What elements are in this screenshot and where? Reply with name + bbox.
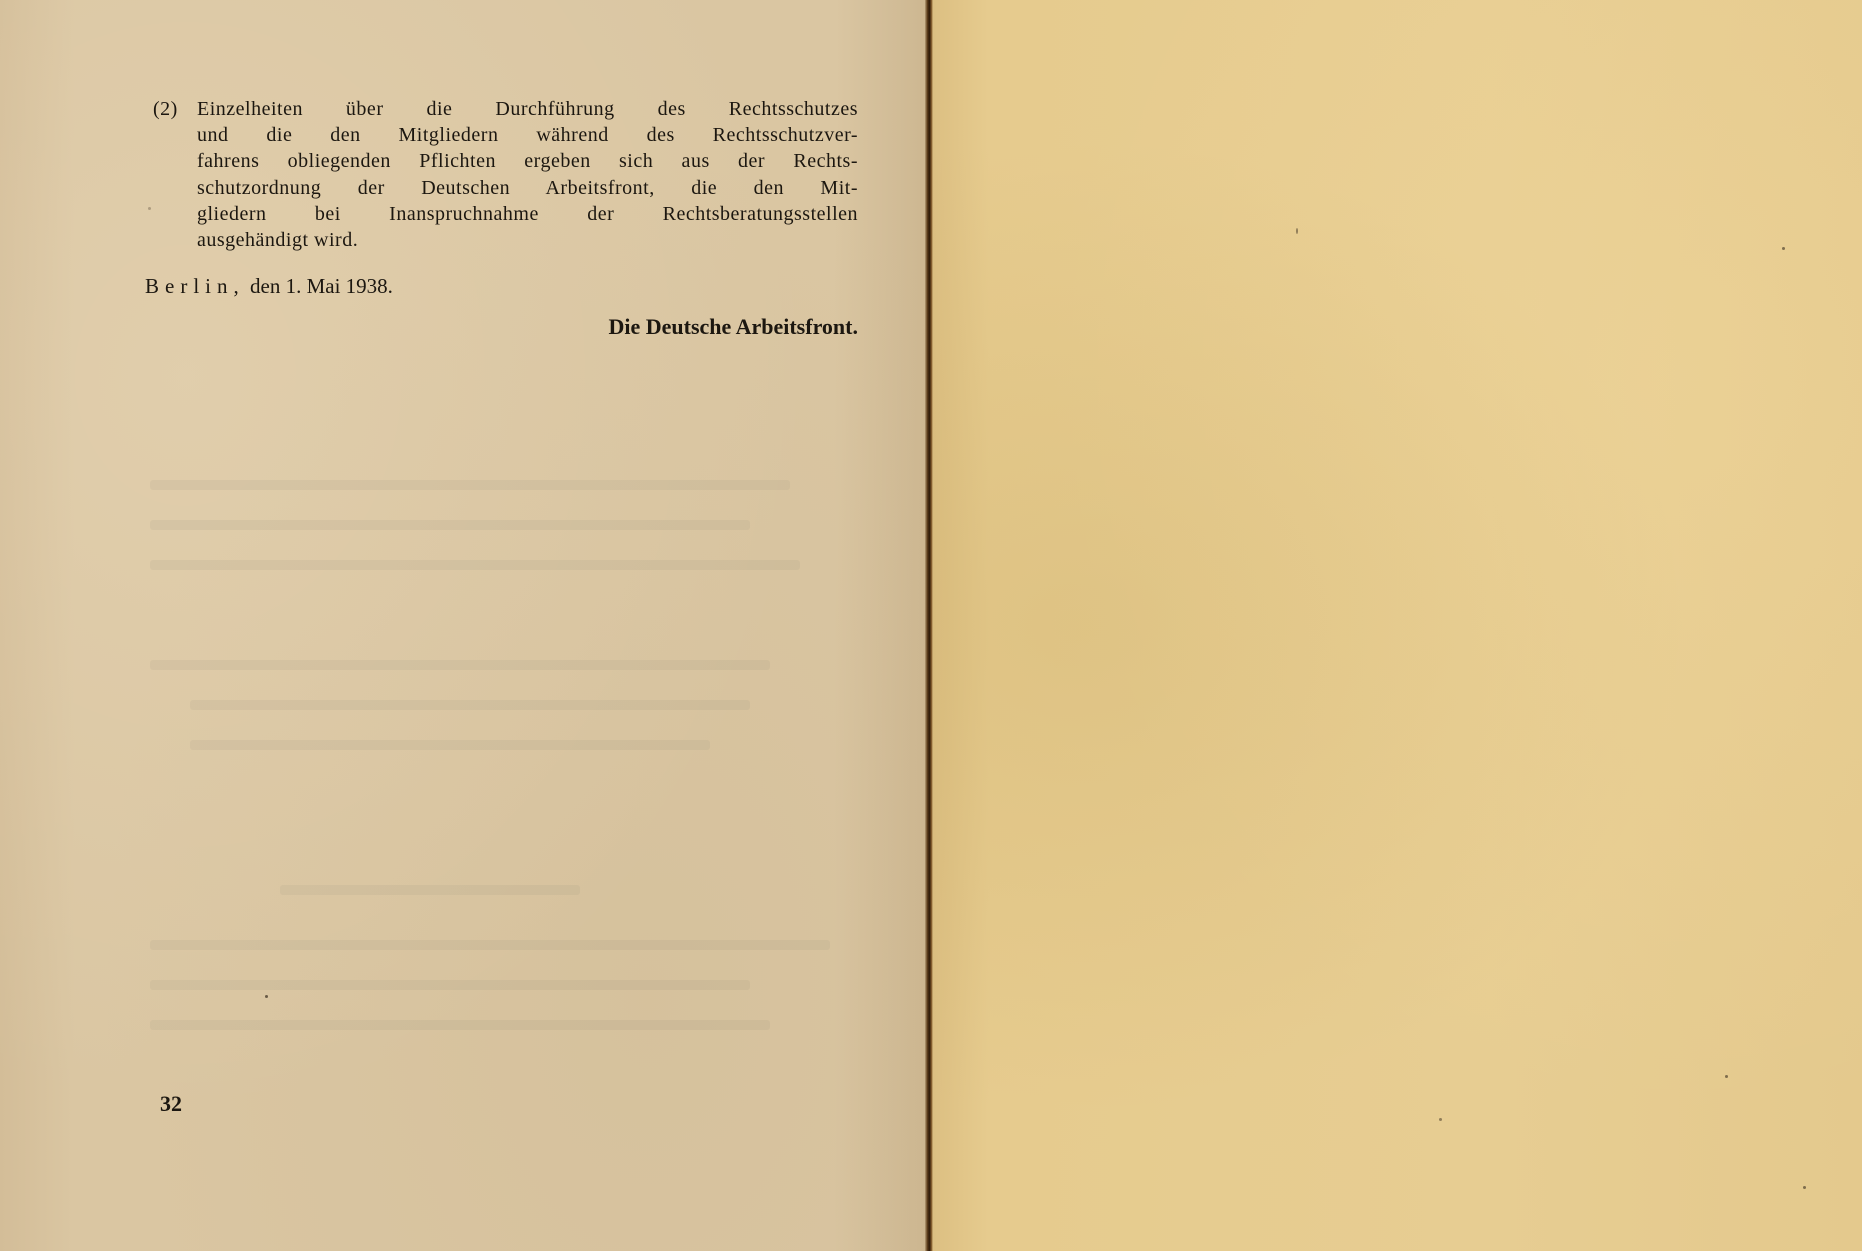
paper-speck [1296, 228, 1298, 234]
signature: Die Deutsche Arbeitsfront. [540, 314, 858, 340]
book-spine [925, 0, 933, 1251]
date-value: den 1. Mai 1938. [250, 274, 393, 298]
paper-speck [1725, 1075, 1728, 1078]
paragraph-line: ausgehändigt wird. [197, 227, 858, 253]
paragraph-body: Einzelheiten über die Durchführung des R… [197, 96, 858, 253]
paragraph-line: Einzelheiten über die Durchführung des R… [197, 96, 858, 122]
paper-speck [1803, 1186, 1806, 1189]
paragraph-line: schutzordnung der Deutschen Arbeitsfront… [197, 175, 858, 201]
show-through-line [150, 980, 750, 990]
show-through-line [150, 1020, 770, 1030]
paper-speck [1782, 247, 1785, 250]
paragraph-line: fahrens obliegenden Pflichten ergeben si… [197, 148, 858, 174]
date-line: Berlin, den 1. Mai 1938. [145, 274, 393, 299]
paragraph-2: (2) Einzelheiten über die Durchführung d… [153, 96, 858, 253]
show-through-line [190, 700, 750, 710]
date-city: Berlin, [145, 274, 245, 298]
paper-speck [1439, 1118, 1442, 1121]
show-through-line [150, 940, 830, 950]
paragraph-line: und die den Mitgliedern während des Rech… [197, 122, 858, 148]
show-through-line [190, 740, 710, 750]
show-through-line [280, 885, 580, 895]
right-page [933, 0, 1862, 1251]
show-through-line [150, 520, 750, 530]
show-through-line [150, 660, 770, 670]
paragraph-number: (2) [153, 96, 178, 122]
page-number: 32 [160, 1091, 182, 1117]
show-through-line [150, 480, 790, 490]
paper-speck [265, 995, 268, 998]
left-page: (2) Einzelheiten über die Durchführung d… [0, 0, 927, 1251]
paragraph-line: gliedern bei Inanspruchnahme der Rechtsb… [197, 201, 858, 227]
show-through-line [150, 560, 800, 570]
book-spread: (2) Einzelheiten über die Durchführung d… [0, 0, 1862, 1251]
paper-speck [148, 207, 151, 210]
